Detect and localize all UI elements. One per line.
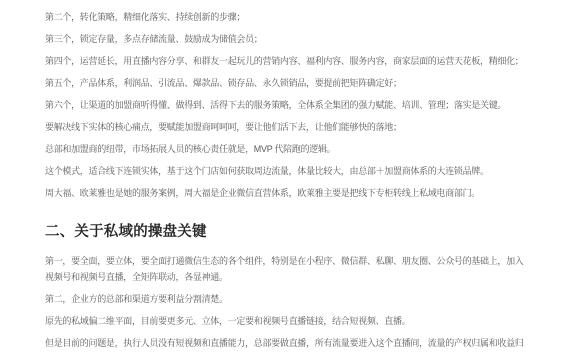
doc-paragraph: 第一，要全面，要立体，要全面打通微信生态的各个组件，特别是在小程序、微信群、私聊… (45, 253, 527, 285)
doc-paragraph: 原先的私域偏二维平面，目前要更多元、立体，一定要和视频号直播链接，结合短视频、直… (45, 313, 527, 329)
document-page: 第二个，转化策略，精细化落实、持续创新的步骤； 第三个，锁定存量，多点存储流量、… (0, 0, 570, 360)
doc-paragraph: 这个模式，适合线下连锁实体，基于这个门店如何获取周边流量，体量比较大，由总部＋加… (45, 163, 527, 179)
doc-paragraph: 第五个，产品体系，利润品、引流品、爆款品、锁存品、永久锁销品，要提前把矩阵确定好… (45, 75, 527, 91)
doc-paragraph: 第二，企业方的总部和渠道方要利益分割清楚。 (45, 291, 527, 307)
doc-paragraph: 第三个，锁定存量，多点存储流量、鼓励成为储值会员； (45, 31, 527, 47)
doc-paragraph: 周大福、欧莱雅也是她的服务案例，周大福是企业微信直营体系，欧莱雅主要是把线下专柜… (45, 185, 527, 201)
doc-paragraph: 第四个，运营延长，用直播内容分享、和群友一起玩儿的营销内容、福利内容、服务内容，… (45, 53, 527, 69)
doc-paragraph: 第二个，转化策略，精细化落实、持续创新的步骤； (45, 9, 527, 25)
doc-paragraph: 总部和加盟商的纽带，市场拓展人员的核心责任就是，MVP 代陪跑的逻辑。 (45, 141, 527, 157)
doc-paragraph: 第六个，让渠道的加盟商听得懂、做得到、活得下去的服务策略，全体系全集团的强力赋能… (45, 97, 527, 113)
doc-paragraph: 但是目前的问题是，执行人员没有短视频和直播能力，总部要做直播，所有流量要进入这个… (45, 335, 527, 351)
section-heading-private-domain: 二、关于私域的操盘关键 (45, 222, 527, 242)
doc-paragraph: 要解决线下实体的核心痛点，要赋能加盟商呵呵呵，要让他们活下去，让他们能够快的落地… (45, 119, 527, 135)
